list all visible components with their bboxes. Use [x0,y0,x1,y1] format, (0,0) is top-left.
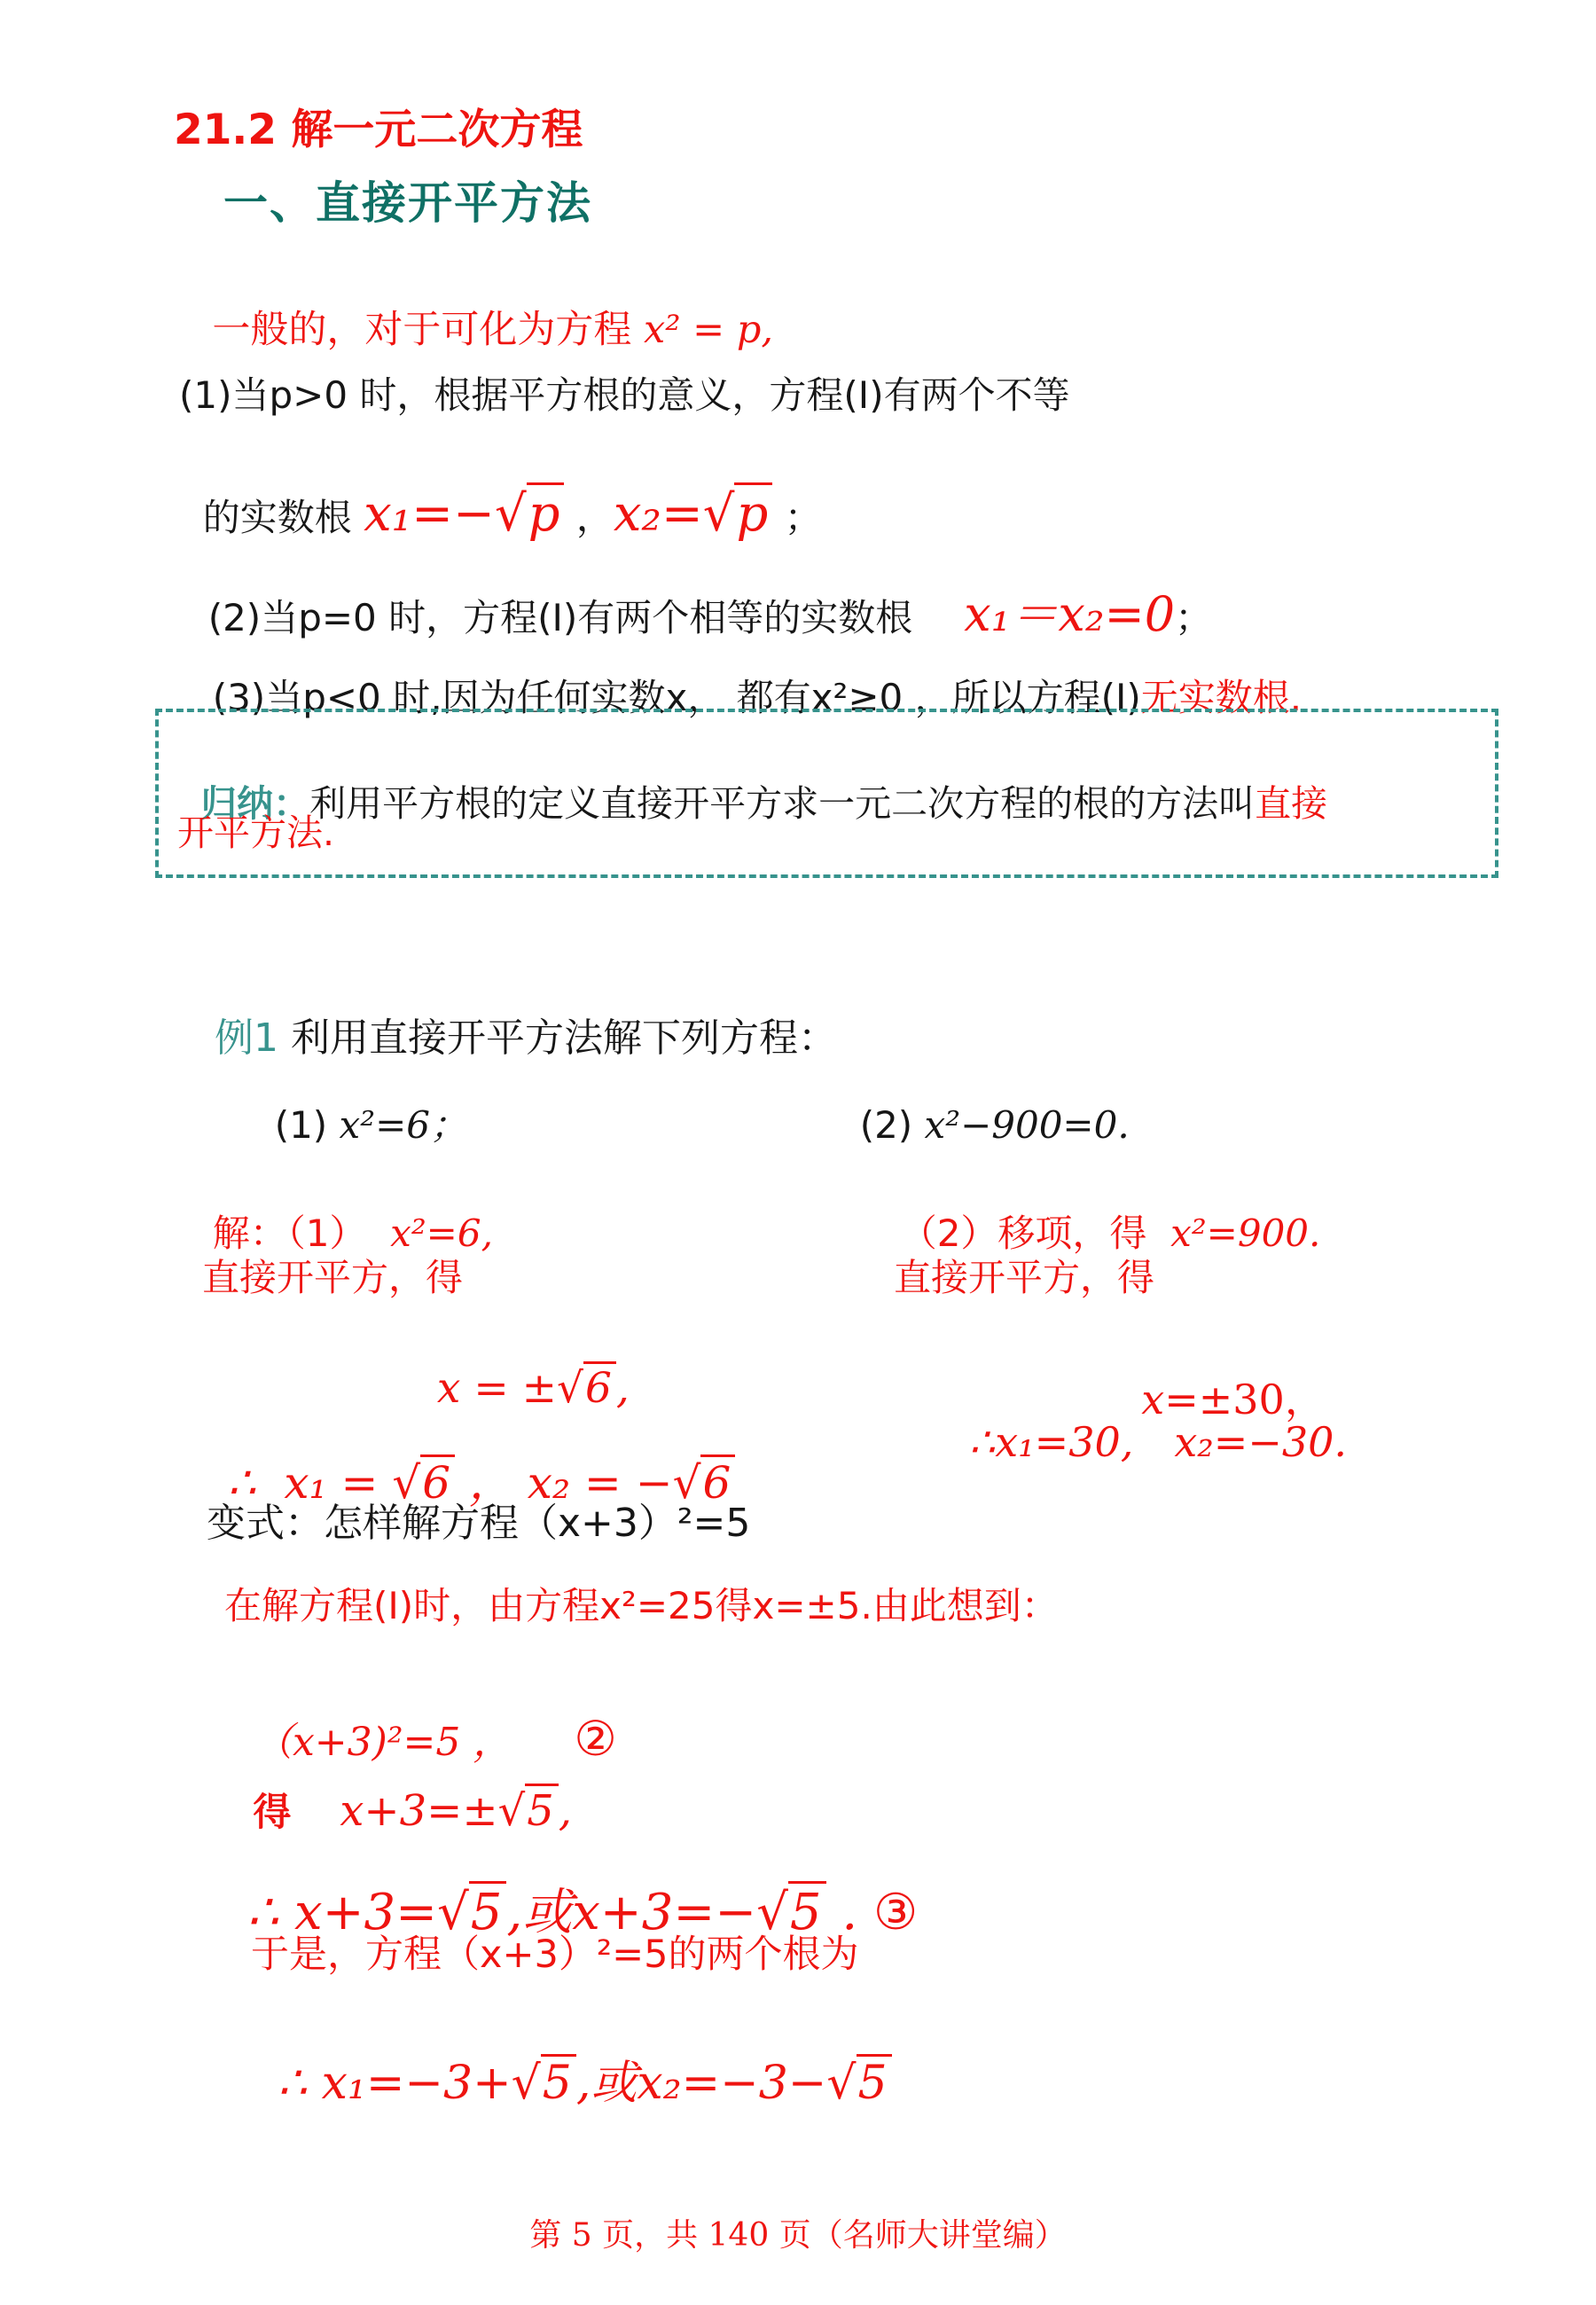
summary-red-text-1: 直接 [1255,782,1327,825]
solution-right-line-4: ∴x₁=30, x₂=−30. [969,1417,1347,1469]
page-footer: 第 5 页，共 140 页（名师大讲堂编） [0,2210,1596,2255]
problem-1: (1) x²=6； [251,1055,467,1149]
intro-text: 一般的，对于可化为方程 [212,308,644,352]
solution-right-line-1: （2）移项，得 x²=900. [876,1164,1320,1257]
circled-2-marker: ② [574,1711,616,1767]
summary-line-2: 开平方法. [177,811,334,856]
page-title: 21.2 解一元二次方程 [174,105,583,157]
summary-black-text: 利用平方根的定义直接开平方求一元二次方程的根的方法叫 [309,782,1255,825]
formula-x2-sqrt-p: x₂=√p [614,482,773,543]
case-1-line-1: (1)当p>0 时，根据平方根的意义，方程(I)有两个不等 [179,372,1070,419]
variation-line-1: 在解方程(I)时，由方程x²=25得x=±5.由此想到： [224,1583,1059,1630]
solution-left-line-4: ∴ x₁ = √6 ， x₂ = −√6 [199,1399,735,1510]
problem-1-number: (1) [275,1103,340,1147]
problem-1-equation: x²=6； [340,1103,467,1147]
v6-pre: ∴ x₁=−3+√ [278,2057,541,2110]
problem-2: (2) x²−900=0. [836,1055,1130,1149]
case-1-line-2: 的实数根 x₁=−√p ，x₂=√p ； [179,436,822,545]
problem-2-number: (2) [860,1103,925,1147]
x1-eq-neg-root: x₁=−√ [364,485,527,543]
radicand-5-d: 5 [541,2054,576,2110]
case-1-semicolon: ； [772,496,821,539]
solution-right-line-3: x=±30， [1115,1323,1326,1425]
section-heading: 一、直接开平方法 [223,176,592,231]
variation-line-4: ∴ x+3=√5,或x+3=−√5 . ③ [215,1820,918,1944]
variation-line-5: 于是，方程（x+3）²=5的两个根为 [251,1932,858,1980]
case-1-label: 的实数根 [203,496,364,539]
solution-left-line-1: 解：（1） x²=6, [189,1164,493,1257]
document-page: { "colors": {"red":"#ee1410","teal":"#37… [0,0,1596,2305]
solution-left-eq-1: x²=6, [390,1211,493,1255]
radicand-p-1: p [527,482,565,543]
example-text: 利用直接开平方法解下列方程： [278,1015,837,1061]
intro-line: 一般的，对于可化为方程 x² = p, [188,259,773,355]
v6-mid: ,或x₂=−3−√ [576,2057,857,2110]
solution-left-line-2: 直接开平方，得 [202,1255,463,1302]
summary-line-1: 归纳：利用平方根的定义直接开平方求一元二次方程的根的方法叫直接 [177,736,1327,827]
formula-x1-neg-sqrt-p: x₁=−√p [364,482,564,543]
solution-right-line-2: 直接开平方，得 [894,1255,1154,1302]
right-line-3-value: =±30， [1164,1376,1326,1423]
case-3-line: (3)当p<0 时,因为任何实数x， 都有x²≥0 ，所以方程(I)无实数根. [189,628,1302,721]
right-line-3-x: x [1141,1376,1164,1423]
variation-line-6: ∴ x₁=−3+√5,或x₂=−3−√5 [248,1997,892,2113]
example-label: 例1 [215,1015,278,1061]
case-1-comma: ， [564,496,613,539]
solution-right-eq-1: x²=900. [1170,1211,1320,1255]
solution-label: 解：（1） [213,1211,390,1255]
variation-heading: 变式：怎样解方程（x+3）²=5 [207,1499,750,1548]
problem-2-equation: x²−900=0. [925,1103,1130,1147]
radicand-5-e: 5 [857,2054,892,2110]
solution-right-label: （2）移项，得 [900,1211,1170,1255]
circled-3-marker: ③ [873,1884,918,1941]
intro-math: x² = p, [644,308,773,352]
x2-eq-root: x₂=√ [614,485,735,543]
radicand-p-2: p [734,482,772,543]
example-heading: 例1 利用直接开平方法解下列方程： [190,965,837,1062]
